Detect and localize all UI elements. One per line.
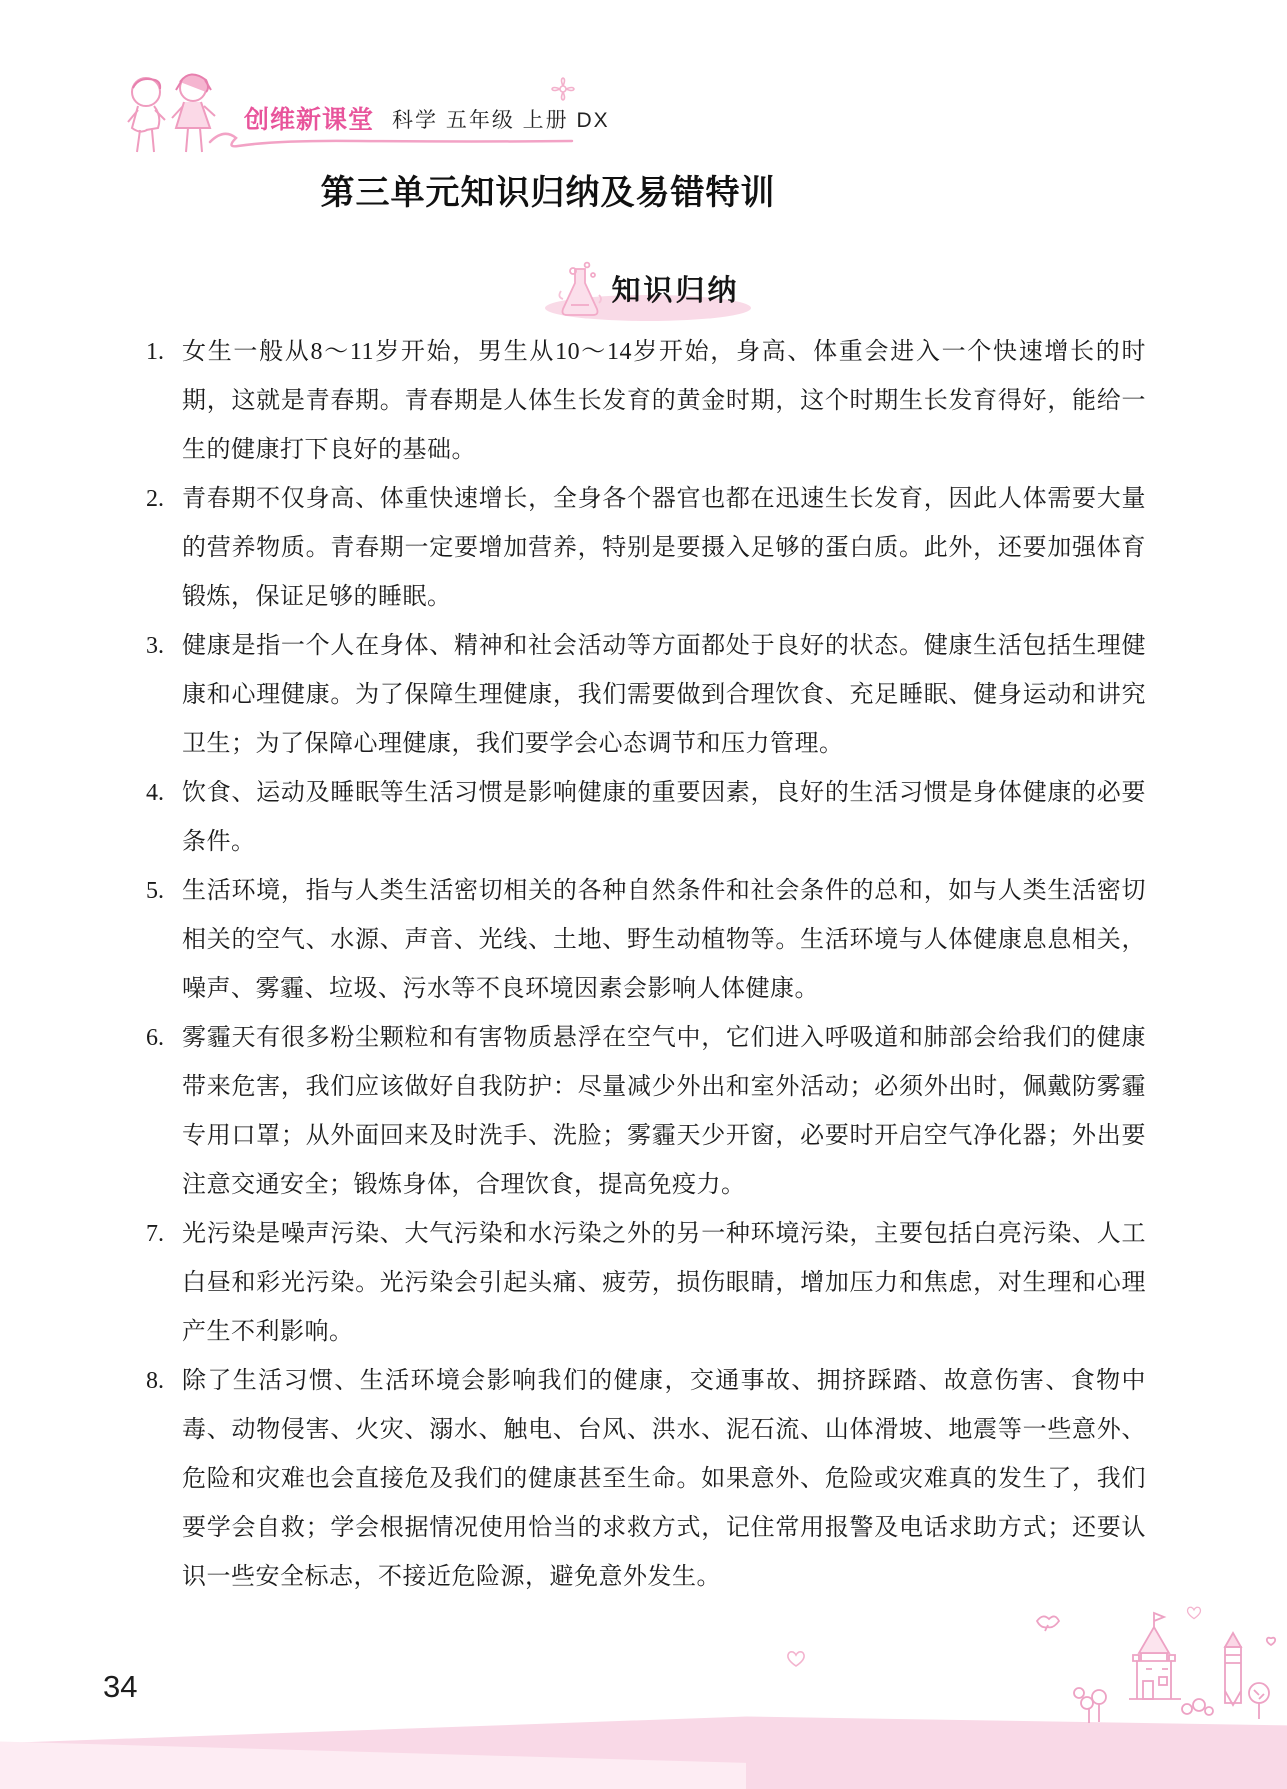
item-number: 6. xyxy=(146,1014,182,1063)
item-text: 健康是指一个人在身体、精神和社会活动等方面都处于良好的状态。健康生活包括生理健康… xyxy=(182,622,1146,769)
workbook-page: 创维新课堂 科学 五年级 上册 DX 第三单元知识归纳及易错特训 知识归纳 xyxy=(0,0,1287,1789)
item-text: 光污染是噪声污染、大气污染和水污染之外的另一种环境污染，主要包括白亮污染、人工白… xyxy=(182,1210,1146,1357)
tree-icon xyxy=(1249,1683,1269,1719)
item-text: 饮食、运动及睡眠等生活习惯是影响健康的重要因素，良好的生活习惯是身体健康的必要条… xyxy=(182,769,1146,867)
item-text: 女生一般从8～11岁开始，男生从10～14岁开始，身高、体重会进入一个快速增长的… xyxy=(182,328,1146,475)
flower-icon xyxy=(550,76,576,102)
page-title: 第三单元知识归纳及易错特训 xyxy=(0,165,1096,214)
item-text: 青春期不仅身高、体重快速增长，全身各个器官也都在迅速生长发育，因此人体需要大量的… xyxy=(182,475,1146,622)
castle-icon xyxy=(1129,1613,1181,1699)
pencil-icon xyxy=(1225,1633,1241,1705)
brand-underline xyxy=(206,126,576,148)
item-number: 2. xyxy=(146,475,182,524)
footer-decoration xyxy=(1009,1581,1279,1731)
knowledge-list: 1. 女生一般从8～11岁开始，男生从10～14岁开始，身高、体重会进入一个快速… xyxy=(146,328,1146,1602)
list-item: 3. 健康是指一个人在身体、精神和社会活动等方面都处于良好的状态。健康生活包括生… xyxy=(146,622,1146,769)
list-item: 5. 生活环境，指与人类生活密切相关的各种自然条件和社会条件的总和，如与人类生活… xyxy=(146,867,1146,1014)
item-number: 3. xyxy=(146,622,182,671)
heart-icon xyxy=(1267,1638,1275,1645)
page-number: 34 xyxy=(103,1669,137,1705)
item-number: 5. xyxy=(146,867,182,916)
section-heading-row: 知识归纳 xyxy=(0,262,1287,319)
item-text: 除了生活习惯、生活环境会影响我们的健康，交通事故、拥挤踩踏、故意伤害、食物中毒、… xyxy=(182,1357,1146,1602)
item-number: 8. xyxy=(146,1357,182,1406)
bird-icon xyxy=(1037,1616,1059,1631)
list-item: 4. 饮食、运动及睡眠等生活习惯是影响健康的重要因素，良好的生活习惯是身体健康的… xyxy=(146,769,1146,867)
section-heading: 知识归纳 xyxy=(611,268,739,309)
item-text: 生活环境，指与人类生活密切相关的各种自然条件和社会条件的总和，如与人类生活密切相… xyxy=(182,867,1146,1014)
flask-icon xyxy=(551,261,607,321)
list-item: 7. 光污染是噪声污染、大气污染和水污染之外的另一种环境污染，主要包括白亮污染、… xyxy=(146,1210,1146,1357)
page-header: 创维新课堂 科学 五年级 上册 DX xyxy=(0,0,1287,160)
item-number: 7. xyxy=(146,1210,182,1259)
flower-icon xyxy=(1074,1688,1106,1723)
list-item: 1. 女生一般从8～11岁开始，男生从10～14岁开始，身高、体重会进入一个快速… xyxy=(146,328,1146,475)
item-number: 1. xyxy=(146,328,182,377)
list-item: 2. 青春期不仅身高、体重快速增长，全身各个器官也都在迅速生长发育，因此人体需要… xyxy=(146,475,1146,622)
item-text: 雾霾天有很多粉尘颗粒和有害物质悬浮在空气中，它们进入呼吸道和肺部会给我们的健康带… xyxy=(182,1014,1146,1210)
heart-icon xyxy=(785,1649,807,1669)
list-item: 8. 除了生活习惯、生活环境会影响我们的健康，交通事故、拥挤踩踏、故意伤害、食物… xyxy=(146,1357,1146,1602)
item-number: 4. xyxy=(146,769,182,818)
flower-icon xyxy=(1182,1699,1213,1715)
list-item: 6. 雾霾天有很多粉尘颗粒和有害物质悬浮在空气中，它们进入呼吸道和肺部会给我们的… xyxy=(146,1014,1146,1210)
